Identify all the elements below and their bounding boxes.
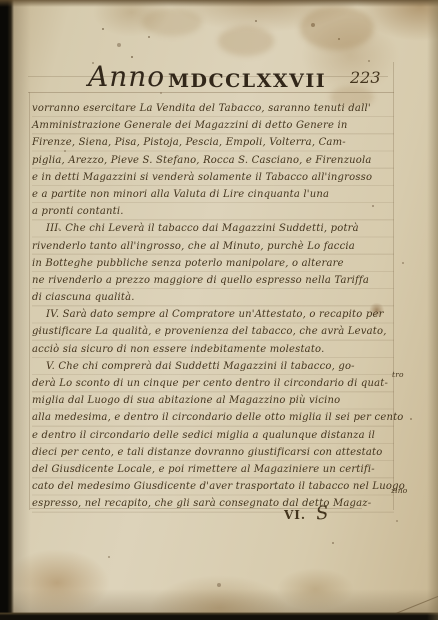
manuscript-line: cato del medesimo Giusdicente d'aver tra… (32, 478, 394, 495)
manuscript-line: miglia dal Luogo di sua abitazione al Ma… (32, 392, 394, 409)
manuscript-line: Amministrazione Generale dei Magazzini d… (32, 117, 394, 134)
superscript-insertion: zino (391, 486, 408, 495)
manuscript-line: alla medesima, e dentro il circondario d… (32, 409, 394, 426)
ruled-line-horizontal (28, 92, 394, 93)
catchword-flourish-letter: S (315, 502, 329, 524)
manuscript-line: e a partite non minori alla Valuta di Li… (32, 186, 394, 203)
header-anno-label: Anno (88, 60, 165, 93)
manuscript-line: III. Che chi Leverà il tabacco dai Magaz… (32, 220, 394, 237)
manuscript-text: vorranno esercitare La Vendita del Tabac… (32, 100, 394, 513)
catchword-numeral: VI. (284, 508, 306, 522)
manuscript-line: acciò sia sicuro di non essere indebitam… (32, 341, 394, 358)
book-gutter-shadow (0, 0, 14, 620)
page-edge-bottom (0, 612, 438, 620)
page-number: 223 (350, 68, 381, 87)
manuscript-line: dieci per cento, e tali distanze dovrann… (32, 444, 394, 461)
manuscript-line: IV. Sarà dato sempre al Compratore un'At… (32, 306, 394, 323)
manuscript-line: a pronti contanti. (32, 203, 394, 220)
header-year-roman: MDCCLXXVII (168, 70, 326, 92)
manuscript-line: e in detti Magazzini si venderà solament… (32, 169, 394, 186)
manuscript-line: e dentro il circondario delle sedici mig… (32, 427, 394, 444)
page-edge-top (0, 0, 438, 7)
manuscript-line: in Botteghe pubbliche senza poterlo mani… (32, 255, 394, 272)
manuscript-page-photo: Anno MDCCLXXVII 223 vorranno esercitare … (0, 0, 438, 620)
manuscript-line: ne rivenderlo a prezzo maggiore di quell… (32, 272, 394, 289)
superscript-insertion: tro (392, 370, 404, 379)
manuscript-line: giustificare La qualità, e provenienza d… (32, 323, 394, 340)
manuscript-line: Firenze, Siena, Pisa, Pistoja, Pescia, E… (32, 134, 394, 151)
manuscript-line: espresso, nel recapito, che gli sarà con… (32, 495, 394, 512)
manuscript-line: derà Lo sconto di un cinque per cento de… (32, 375, 394, 392)
ink-bleedthrough-mark (142, 8, 202, 36)
ruled-line-vertical (29, 92, 30, 510)
ink-bleedthrough-mark (300, 6, 374, 50)
manuscript-line: di ciascuna qualità. (32, 289, 394, 306)
manuscript-line: del Giusdicente Locale, e poi rimettere … (32, 461, 394, 478)
page-edge-right (427, 0, 438, 620)
manuscript-line: vorranno esercitare La Vendita del Tabac… (32, 100, 394, 117)
manuscript-line: rivenderlo tanto all'ingrosso, che al Mi… (32, 238, 394, 255)
manuscript-line: V. Che chi comprerà dai Suddetti Magazzi… (32, 358, 394, 375)
catchword: VI. S (284, 503, 329, 524)
manuscript-line: piglia, Arezzo, Pieve S. Stefano, Rocca … (32, 152, 394, 169)
ink-bleedthrough-mark (218, 26, 274, 56)
